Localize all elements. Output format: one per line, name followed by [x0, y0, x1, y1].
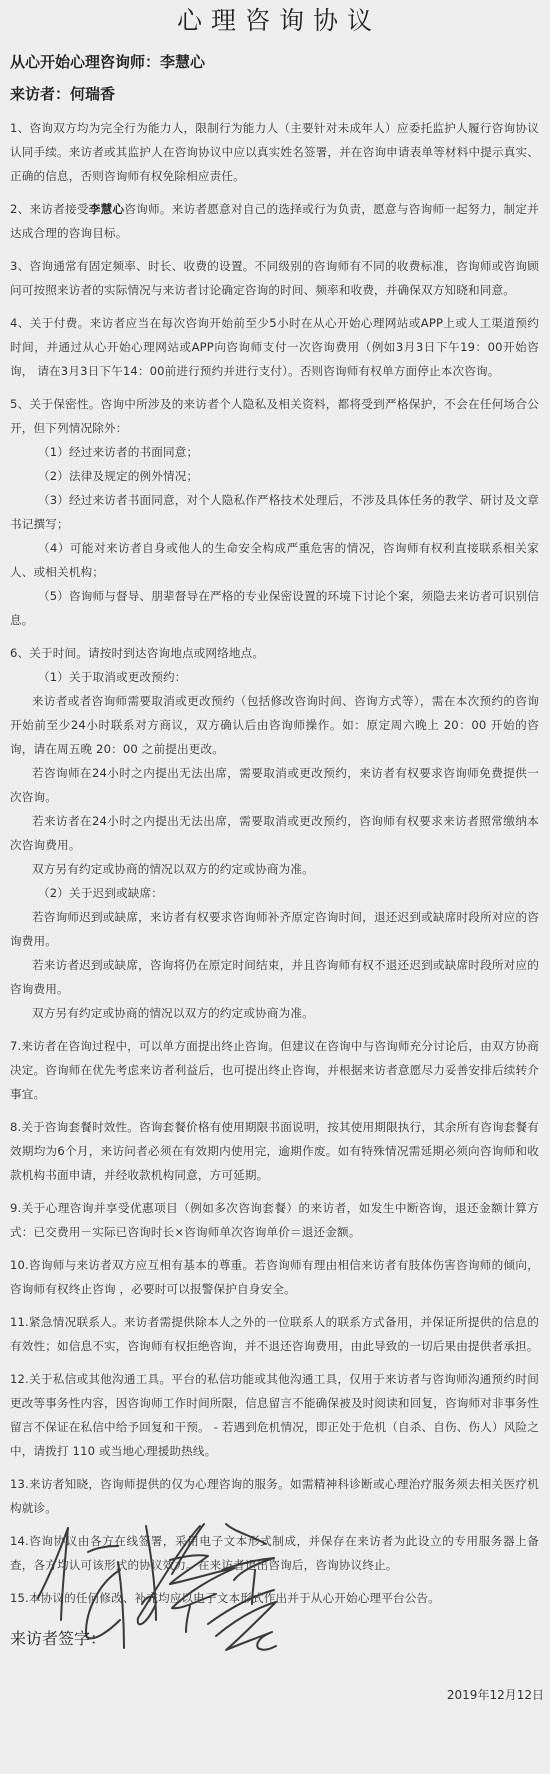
- clause-12: 12.关于私信或其他沟通工具。平台的私信功能或其他沟通工具，仅用于来访者与咨询师…: [10, 1367, 539, 1463]
- clause-6-sub1-para: 双方另有约定或协商的情况以双方的约定或协商为准。: [10, 857, 539, 881]
- handwritten-signature: [30, 1520, 290, 1680]
- client-line: 来访者：何瑞香: [10, 84, 539, 104]
- clause-6-sub2-para: 若咨询师迟到或缺席，来访者有权要求咨询师补齐原定咨询时间，退还迟到或缺席时段所对…: [10, 905, 539, 953]
- clause-5: 5、关于保密性。咨询中所涉及的来访者个人隐私及相关资料，都将受到严格保护，不会在…: [10, 392, 539, 632]
- clause-3: 3、咨询通常有固定频率、时长、收费的设置。不同级别的咨询师有不同的收费标准，咨询…: [10, 254, 539, 302]
- clause-6-sub2-para: 双方另有约定或协商的情况以双方的约定或协商为准。: [10, 1001, 539, 1025]
- clause-5-item: （3）经过来访者书面同意，对个人隐私作严格技术处理后，不涉及具体任务的教学、研讨…: [10, 488, 539, 536]
- counselor-line: 从心开始心理咨询师：李慧心: [10, 52, 539, 72]
- clause-9: 9.关于心理咨询并享受优惠项目（例如多次咨询套餐）的来访者，如发生中断咨询，退还…: [10, 1196, 539, 1244]
- clause-6-sub2-para: 若来访者迟到或缺席，咨询将仍在原定时间结束，并且咨询师有权不退还迟到或缺席时段所…: [10, 953, 539, 1001]
- clause-5-item: （1）经过来访者的书面同意；: [10, 440, 539, 464]
- clause-1: 1、咨询双方均为完全行为能力人，限制行为能力人（主要针对未成年人）应委托监护人履…: [10, 116, 539, 188]
- clause-10: 10.咨询师与来访者双方应互相有基本的尊重。若咨询师有理由相信来访者有肢体伤害咨…: [10, 1253, 539, 1301]
- clause-5-item: （5）咨询师与督导、朋辈督导在严格的专业保密设置的环境下讨论个案，须隐去来访者可…: [10, 584, 539, 632]
- client-name: 何瑞香: [70, 85, 115, 103]
- clause-6-sub1-para: 若咨询师在24小时之内提出无法出席，需要取消或更改预约，来访者有权要求咨询师免费…: [10, 761, 539, 809]
- agreement-page: 心理咨询协议 从心开始心理咨询师：李慧心 来访者：何瑞香 1、咨询双方均为完全行…: [0, 0, 550, 1774]
- clause-8: 8.关于咨询套餐时效性。咨询套餐价格有使用期限书面说明，按其使用期限执行，其余所…: [10, 1115, 539, 1187]
- clause-7: 7.来访者在咨询过程中，可以单方面提出终止咨询。但建议在咨询中与咨询师充分讨论后…: [10, 1034, 539, 1106]
- clause-6-sub2-title: （2）关于迟到或缺席：: [10, 881, 539, 905]
- counselor-name: 李慧心: [160, 53, 205, 71]
- clause-6-sub1-title: （1）关于取消或更改预约：: [10, 665, 539, 689]
- clause-5-intro: 5、关于保密性。咨询中所涉及的来访者个人隐私及相关资料，都将受到严格保护，不会在…: [10, 392, 539, 440]
- clause-6: 6、关于时间。请按时到达咨询地点或网络地点。 （1）关于取消或更改预约： 来访者…: [10, 641, 539, 1025]
- clause-4: 4、关于付费。来访者应当在每次咨询开始前至少5小时在从心开始心理网站或APP上或…: [10, 311, 539, 383]
- signature-date: 2019年12月12日: [447, 1686, 544, 1703]
- clause-5-item: （2）法律及规定的例外情况；: [10, 464, 539, 488]
- clause-2: 2、来访者接受李慧心咨询师。来访者愿意对自己的选择或行为负责，愿意与咨询师一起努…: [10, 197, 539, 245]
- clause-2-counselor-name: 李慧心: [89, 202, 125, 216]
- client-label: 来访者：: [10, 85, 70, 103]
- clause-11: 11.紧急情况联系人。来访者需提供除本人之外的一位联系人的联系方式备用，并保证所…: [10, 1310, 539, 1358]
- agreement-clauses: 1、咨询双方均为完全行为能力人，限制行为能力人（主要针对未成年人）应委托监护人履…: [10, 116, 539, 1610]
- clause-2-prefix: 2、来访者接受: [10, 202, 89, 216]
- clause-6-sub1-para: 来访者或者咨询师需要取消或更改预约（包括修改咨询时间、咨询方式等），需在本次预约…: [10, 689, 539, 761]
- page-title: 心理咨询协议: [10, 0, 539, 48]
- clause-6-sub1-para: 若来访者在24小时之内提出无法出席，需要取消或更改预约，咨询师有权要求来访者照常…: [10, 809, 539, 857]
- clause-6-intro: 6、关于时间。请按时到达咨询地点或网络地点。: [10, 641, 539, 665]
- clause-13: 13.来访者知晓，咨询师提供的仅为心理咨询的服务。如需精神科诊断或心理治疗服务须…: [10, 1472, 539, 1520]
- counselor-label: 从心开始心理咨询师：: [10, 53, 160, 71]
- clause-5-item: （4）可能对来访者自身或他人的生命安全构成严重危害的情况，咨询师有权利直接联系相…: [10, 536, 539, 584]
